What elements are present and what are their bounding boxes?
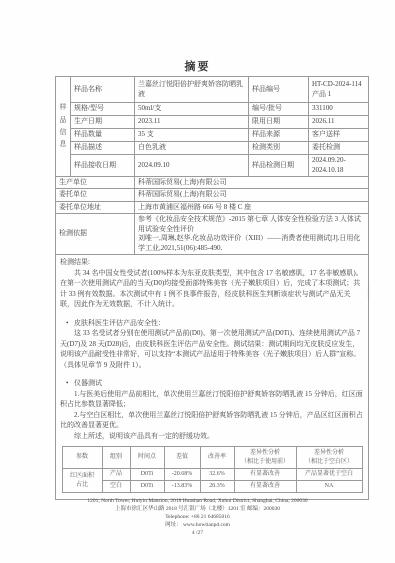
stats-cell-vs-before: 有显著改善 xyxy=(234,481,296,493)
stats-table: 参数 组别 时间点 差值 改善率 差异性分析 （相比于使用前） 差异性分析 （相… xyxy=(62,446,363,493)
bullet-item-instrument-test: 仪器测试 xyxy=(60,378,364,389)
results-doctor-eval-text: 这 33 名受试者分别在使用测试产品前(D0)、第一次使用测试产品(D0Ti)、… xyxy=(60,328,364,370)
footer-address-en: 1201, North Tower, Huiyin Mansion, 2018 … xyxy=(0,498,395,505)
red-stamp-fragment: 丨丨 xyxy=(365,286,371,356)
table-row: 样品接收日期 2024.09.10 样品检测日期 2024.09.20-2024… xyxy=(56,155,369,177)
field-label: 委托单位 xyxy=(56,189,135,201)
table-row: 委托单位 科蒂国际贸易(上海)有限公司 xyxy=(56,189,369,201)
table-row: 样品数量 35 支 样品来源 客户送样 xyxy=(56,129,369,142)
table-row: 样品描述 白色乳液 检测类别 委托检测 xyxy=(56,142,369,155)
field-value: 35 支 xyxy=(135,129,249,142)
field-label: 生产日期 xyxy=(71,116,135,129)
table-row: 样 品 信 息 样品名称 兰嘉丝汀悦阳倍护舒爽娇容防晒乳液 样品编号 HT-CD… xyxy=(56,77,369,103)
field-value: 科蒂国际贸易(上海)有限公司 xyxy=(135,177,369,189)
stats-header-vs-before: 差异性分析 （相比于使用前） xyxy=(234,447,296,469)
stats-header-timepoint: 时间点 xyxy=(130,447,164,469)
field-value: 2026.11 xyxy=(309,116,369,129)
field-value: 委托检测 xyxy=(309,142,369,155)
field-label: 检测依据 xyxy=(56,214,135,255)
stats-header-delta: 差值 xyxy=(164,447,200,469)
table-row: 生产日期 2023.11 限用日期 2026.11 xyxy=(56,116,369,129)
table-row: 检测依据 参考《化妆品安全技术规范》-2015 第七章 人体安全性检验方法 3 … xyxy=(56,214,369,255)
field-value: 331100 xyxy=(309,103,369,116)
field-label: 样品描述 xyxy=(71,142,135,155)
footer-telephone: Telephone: +86 21 64685016 xyxy=(0,514,395,521)
results-cell: 检测结果: 共 34 名中国女性受试者(100%样本为东亚皮肤类型，其中包含 1… xyxy=(56,255,369,500)
page-title: 摘要 xyxy=(0,58,395,74)
stats-row-blank: 空白 D0Ti -13.83% 20.3% 有显著改善 NA xyxy=(62,481,362,493)
stats-cell-timepoint: D0Ti xyxy=(130,469,164,481)
stats-cell-delta: -13.83% xyxy=(164,481,200,493)
field-value: 科蒂国际贸易(上海)有限公司 xyxy=(135,189,369,201)
field-label: 样品检测日期 xyxy=(249,155,309,177)
stats-header-param: 参数 xyxy=(62,447,102,469)
stats-cell-improvement: 20.3% xyxy=(200,481,234,493)
table-row: 委托单位地址 上海市黄浦区福州路 666 号 8 楼 C 座 xyxy=(56,201,369,213)
stats-header-improvement: 改善率 xyxy=(200,447,234,469)
document-page: 摘要 样 品 信 息 样品名称 兰嘉丝汀悦阳倍护舒爽娇容防晒乳液 样品编号 HT… xyxy=(0,0,395,563)
results-intro: 共 34 名中国女性受试者(100%样本为东亚皮肤类型，其中包含 17 名敏感肌… xyxy=(60,268,364,310)
side-label-char: 品 xyxy=(60,116,67,125)
field-label: 编号/批号 xyxy=(249,103,309,116)
stats-cell-timepoint: D0Ti xyxy=(130,481,164,493)
results-conclusion: 综上所述，说明该产品具有一定的舒缓功效。 xyxy=(60,431,364,442)
table-row: 检测结果: 共 34 名中国女性受试者(100%样本为东亚皮肤类型，其中包含 1… xyxy=(56,255,369,500)
stats-cell-vs-before: 有显著改善 xyxy=(234,469,296,481)
field-value: 2024.09.20-2024.10.18 xyxy=(309,155,369,177)
field-value: HT-CD-2024-114 产品 1 xyxy=(309,77,369,103)
side-label-char: 信 xyxy=(60,128,67,137)
field-label: 样品名称 xyxy=(71,77,135,103)
sample-info-table: 样 品 信 息 样品名称 兰嘉丝汀悦阳倍护舒爽娇容防晒乳液 样品编号 HT-CD… xyxy=(55,76,369,500)
side-label-char: 息 xyxy=(60,140,67,149)
table-row: 生产单位 科蒂国际贸易(上海)有限公司 xyxy=(56,177,369,189)
field-value: 白色乳液 xyxy=(135,142,249,155)
stats-cell-improvement: 32.6% xyxy=(200,469,234,481)
stats-cell-group: 空白 xyxy=(102,481,130,493)
field-value: 上海市黄浦区福州路 666 号 8 楼 C 座 xyxy=(135,201,369,213)
field-value: 参考《化妆品安全技术规范》-2015 第七章 人体安全性检验方法 3 人体试用试… xyxy=(135,214,369,255)
results-heading: 检测结果: xyxy=(60,257,364,268)
side-label-sample-info: 样 品 信 息 xyxy=(56,77,71,177)
field-value: 50ml/支 xyxy=(135,103,249,116)
field-value: 兰嘉丝汀悦阳倍护舒爽娇容防晒乳液 xyxy=(135,77,249,103)
bullet-item-doctor-eval: 皮肤科医生评估产品安全性： xyxy=(60,318,364,329)
field-label: 样品数量 xyxy=(71,129,135,142)
field-label: 规格/型号 xyxy=(71,103,135,116)
stats-cell-vs-blank: NA xyxy=(296,481,362,493)
stats-param-label: 红区面积 占比 xyxy=(62,469,102,493)
field-label: 样品来源 xyxy=(249,129,309,142)
field-label: 检测类别 xyxy=(249,142,309,155)
footer-website: 网址： www.howtianpd.com xyxy=(0,522,395,529)
field-label: 限用日期 xyxy=(249,116,309,129)
stats-header-group: 组别 xyxy=(102,447,130,469)
stats-row-product: 红区面积 占比 产品 D0Ti -20.68% 32.6% 有显著改善 产品显著… xyxy=(62,469,362,481)
stats-cell-delta: -20.68% xyxy=(164,469,200,481)
stats-header-row: 参数 组别 时间点 差值 改善率 差异性分析 （相比于使用前） 差异性分析 （相… xyxy=(62,447,362,469)
footer-address-cn: 上海市徐汇区华山路 2018 号汇银广场（北楼）1201 室 邮编：200030 xyxy=(0,506,395,513)
results-instrument-item-2: 2.与空白区相比，单次使用兰嘉丝汀悦阳倍护舒爽娇容防晒乳液 15 分钟后，产品区… xyxy=(60,410,364,431)
field-label: 样品接收日期 xyxy=(71,155,135,177)
field-label: 委托单位地址 xyxy=(56,201,135,213)
page-footer: 1201, North Tower, Huiyin Mansion, 2018 … xyxy=(0,498,395,537)
side-label-char: 样 xyxy=(60,103,67,112)
field-label: 样品编号 xyxy=(249,77,309,103)
field-value: 2023.11 xyxy=(135,116,249,129)
field-value: 2024.09.10 xyxy=(135,155,249,177)
stats-cell-group: 产品 xyxy=(102,469,130,481)
field-label: 生产单位 xyxy=(56,177,135,189)
stats-cell-vs-blank: 产品显著优于空白 xyxy=(296,469,362,481)
results-instrument-item-1: 1.与医美后使用产品前相比，单次使用兰嘉丝汀悦阳倍护舒爽娇容防晒乳液 15 分钟… xyxy=(60,389,364,410)
footer-page-number: 4 /27 xyxy=(0,530,395,537)
table-row: 规格/型号 50ml/支 编号/批号 331100 xyxy=(56,103,369,116)
field-value: 客户送样 xyxy=(309,129,369,142)
stats-header-vs-blank: 差异性分析 （相比于空白区） xyxy=(296,447,362,469)
